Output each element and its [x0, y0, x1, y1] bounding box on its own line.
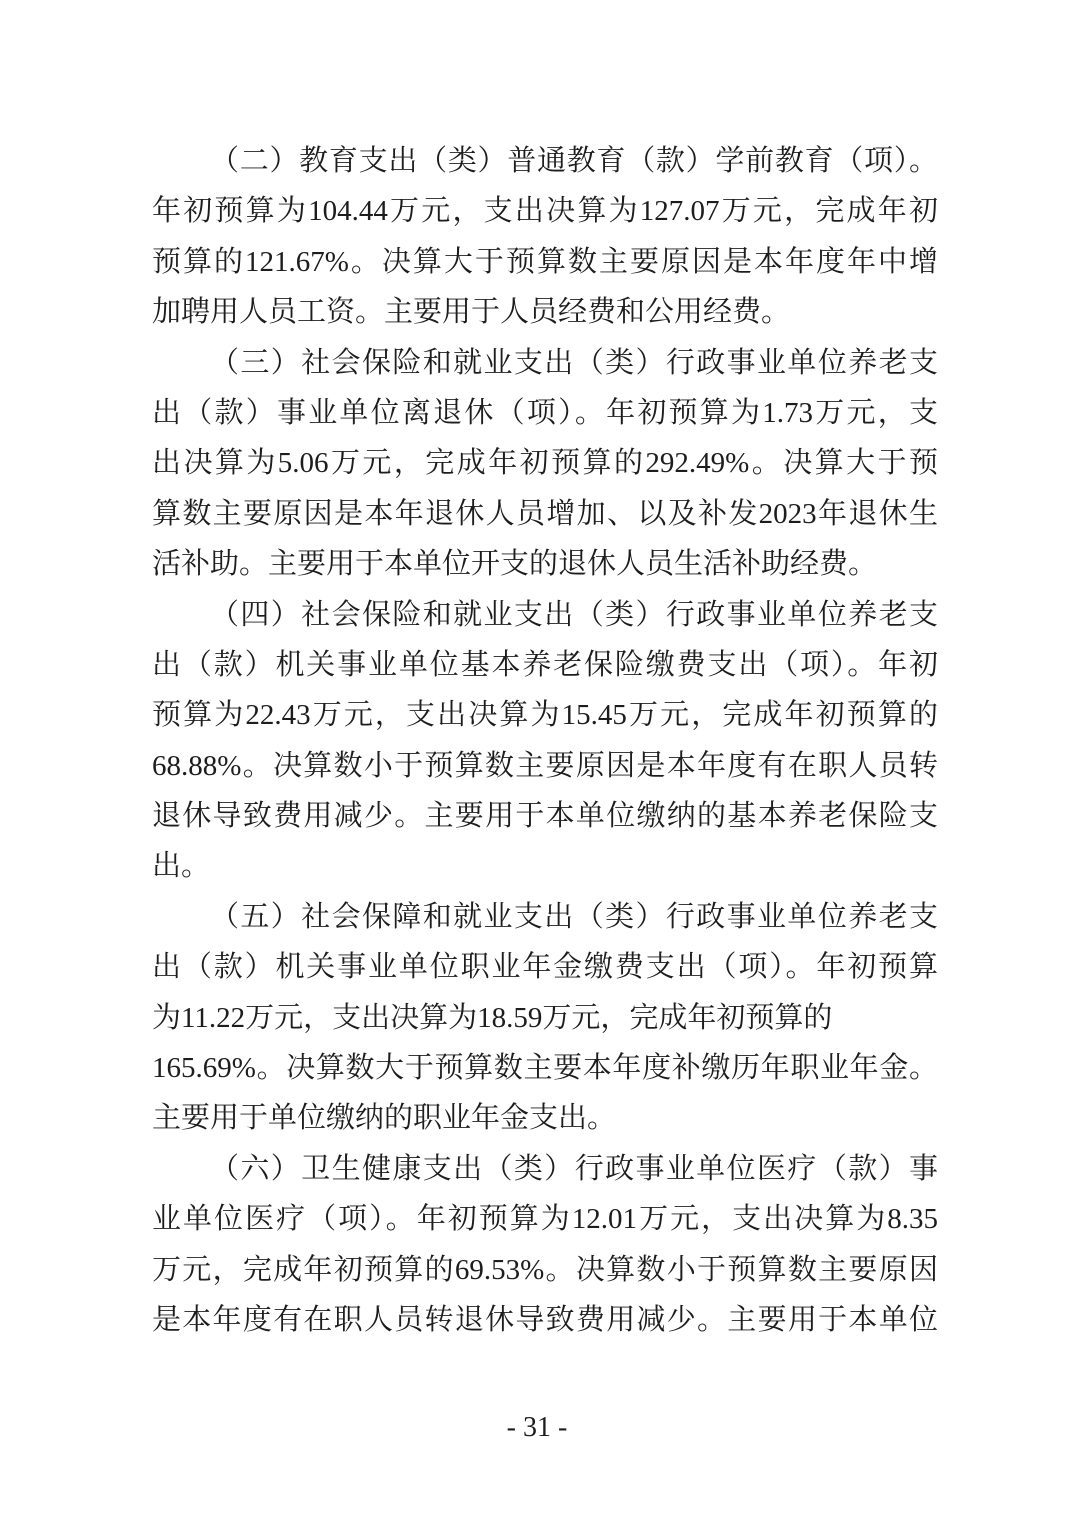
page-number: - 31 - [0, 1412, 1074, 1444]
text-line: 年初预算为104.44万元，支出决算为127.07万元，完成年初 [152, 186, 938, 236]
text-line: 出。 [152, 841, 938, 891]
text-line: 出（款）机关事业单位基本养老保险缴费支出（项）。年初 [152, 640, 938, 690]
text-line: 主要用于单位缴纳的职业年金支出。 [152, 1093, 938, 1143]
text-line: 出（款）机关事业单位职业年金缴费支出（项）。年初预算 [152, 942, 938, 992]
text-line: （二）教育支出（类）普通教育（款）学前教育（项）。 [152, 136, 938, 186]
text-line: （六）卫生健康支出（类）行政事业单位医疗（款）事 [152, 1144, 938, 1194]
text-line: 出（款）事业单位离退休（项）。年初预算为1.73万元，支 [152, 388, 938, 438]
paragraph-basic-pension-contribution: （四）社会保险和就业支出（类）行政事业单位养老支 出（款）机关事业单位基本养老保… [152, 590, 938, 892]
text-line: 加聘用人员工资。主要用于人员经费和公用经费。 [152, 287, 938, 337]
paragraph-health-spending: （六）卫生健康支出（类）行政事业单位医疗（款）事 业单位医疗（项）。年初预算为1… [152, 1144, 938, 1346]
text-line: （四）社会保险和就业支出（类）行政事业单位养老支 [152, 590, 938, 640]
paragraph-occupational-annuity: （五）社会保障和就业支出（类）行政事业单位养老支 出（款）机关事业单位职业年金缴… [152, 892, 938, 1144]
text-line: 万元，完成年初预算的69.53%。决算数小于预算数主要原因 [152, 1245, 938, 1295]
paragraph-education-spending: （二）教育支出（类）普通教育（款）学前教育（项）。 年初预算为104.44万元，… [152, 136, 938, 338]
text-line: 为11.22万元，支出决算为18.59万元，完成年初预算的 [152, 993, 938, 1043]
text-line: （五）社会保障和就业支出（类）行政事业单位养老支 [152, 892, 938, 942]
text-line: 业单位医疗（项）。年初预算为12.01万元，支出决算为8.35 [152, 1194, 938, 1244]
text-line: 算数主要原因是本年退休人员增加、以及补发2023年退休生 [152, 489, 938, 539]
text-line: （三）社会保险和就业支出（类）行政事业单位养老支 [152, 338, 938, 388]
text-line: 出决算为5.06万元，完成年初预算的292.49%。决算大于预 [152, 438, 938, 488]
text-line: 退休导致费用减少。主要用于本单位缴纳的基本养老保险支 [152, 791, 938, 841]
text-line: 是本年度有在职人员转退休导致费用减少。主要用于本单位 [152, 1295, 938, 1345]
text-line: 68.88%。决算数小于预算数主要原因是本年度有在职人员转 [152, 741, 938, 791]
paragraph-social-insurance-retirement: （三）社会保险和就业支出（类）行政事业单位养老支 出（款）事业单位离退休（项）。… [152, 338, 938, 590]
text-line: 预算为22.43万元，支出决算为15.45万元，完成年初预算的 [152, 690, 938, 740]
text-line: 165.69%。决算数大于预算数主要本年度补缴历年职业年金。 [152, 1043, 938, 1093]
text-line: 预算的121.67%。决算大于预算数主要原因是本年度年中增 [152, 237, 938, 287]
document-page: （二）教育支出（类）普通教育（款）学前教育（项）。 年初预算为104.44万元，… [0, 0, 1074, 1520]
text-line: 活补助。主要用于本单位开支的退休人员生活补助经费。 [152, 539, 938, 589]
document-body: （二）教育支出（类）普通教育（款）学前教育（项）。 年初预算为104.44万元，… [152, 136, 938, 1345]
